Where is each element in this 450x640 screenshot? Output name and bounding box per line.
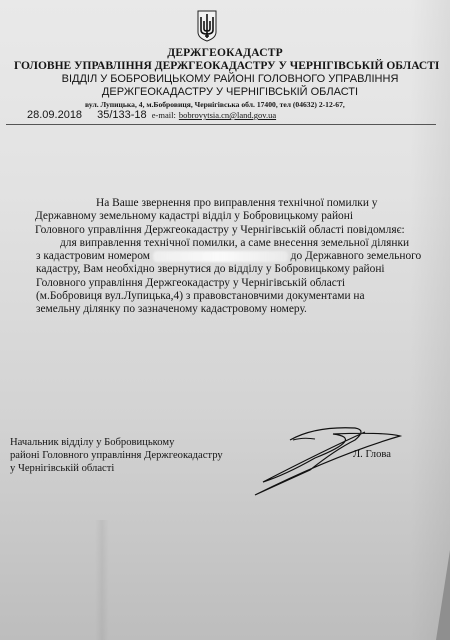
header-divider xyxy=(6,124,436,125)
position-line: у Чернігівській області xyxy=(10,462,223,475)
body-line: Головного управління Держгеокадастру у Ч… xyxy=(30,224,450,237)
signatory-position: Начальник відділу у Бобровицькому районі… xyxy=(10,436,223,475)
page-corner xyxy=(436,550,450,640)
letter-body: На Ваше звернення про виправлення техніч… xyxy=(30,197,450,317)
body-text-fragment: до Державного земельного xyxy=(291,250,422,262)
email-link[interactable]: bobrovytsia.cn@land.gov.ua xyxy=(179,110,276,120)
redacted-cadastral-number xyxy=(153,251,288,262)
sub-department-line2: ДЕРЖГЕОКАДАСТРУ У ЧЕРНІГІВСЬКІЙ ОБЛАСТІ xyxy=(10,86,450,98)
body-line: земельну ділянку по зазначеному кадастро… xyxy=(30,303,450,316)
body-text-fragment: з кадастровим номером xyxy=(36,250,150,262)
position-line: Начальник відділу у Бобровицькому xyxy=(10,436,223,449)
main-department: ГОЛОВНЕ УПРАВЛІННЯ ДЕРЖГЕОКАДАСТРУ У ЧЕР… xyxy=(14,60,424,72)
body-line: кадастру, Вам необхідно звернутися до ві… xyxy=(30,263,450,276)
body-line-cadastral: з кадастровим номером до Державного земе… xyxy=(30,250,450,263)
body-line: Головного управління Держгеокадастру у Ч… xyxy=(30,277,450,290)
body-line: Державному земельному кадастрі відділ у … xyxy=(30,210,450,223)
sub-department-line1: ВІДДІЛ У БОБРОВИЦЬКОМУ РАЙОНІ ГОЛОВНОГО … xyxy=(10,73,450,85)
body-line: На Ваше звернення про виправлення техніч… xyxy=(30,197,450,210)
position-line: районі Головного управління Держгеокадас… xyxy=(10,449,223,462)
signer-name: Л. Глова xyxy=(353,449,391,460)
email-label: e-mail: xyxy=(152,110,176,120)
address: вул. Лупицька, 4, м.Бобровиця, Чернігівс… xyxy=(85,100,395,109)
agency-name: ДЕРЖГЕОКАДАСТР xyxy=(0,47,450,59)
body-line: для виправлення технічної помилки, а сам… xyxy=(30,237,450,250)
coat-of-arms-of-ukraine-icon xyxy=(197,10,217,42)
paper-crease xyxy=(95,520,109,640)
date-line: 28.09.2018 35/133-18 e-mail: bobrovytsia… xyxy=(27,109,276,121)
body-line: (м.Бобровиця вул.Лупицька,4) з правовста… xyxy=(30,290,450,303)
handwritten-signature xyxy=(215,420,405,500)
reference-number: 35/133-18 xyxy=(97,109,147,121)
document-date: 28.09.2018 xyxy=(27,109,82,121)
